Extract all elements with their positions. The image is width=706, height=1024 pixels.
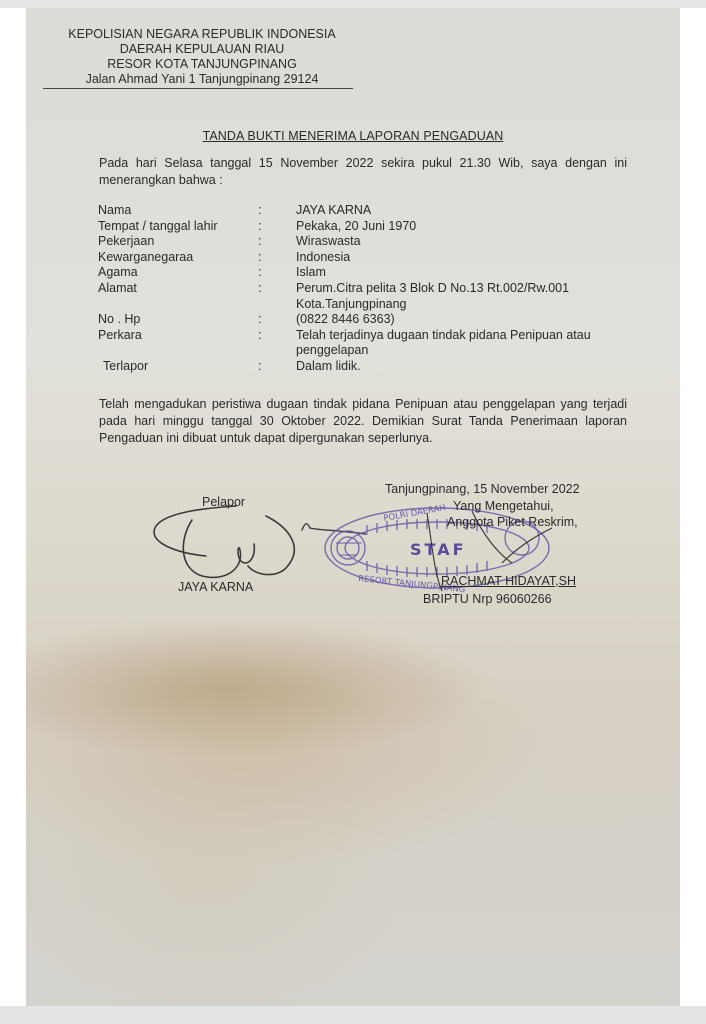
field-label: Nama: [98, 203, 258, 219]
letterhead: KEPOLISIAN NEGARA REPUBLIK INDONESIA DAE…: [52, 27, 352, 87]
document-title: TANDA BUKTI MENERIMA LAPORAN PENGADUAN: [26, 129, 680, 143]
known-by-label: Yang Mengetahui,: [453, 499, 554, 513]
field-tempat-tanggal-lahir: Tempat / tanggal lahir : Pekaka, 20 Juni…: [98, 219, 638, 235]
viewer-top-edge: [0, 0, 706, 8]
field-value: Indonesia: [296, 250, 638, 266]
field-value: Pekaka, 20 Juni 1970: [296, 219, 638, 235]
field-label: Agama: [98, 265, 258, 281]
letterhead-line-2: DAERAH KEPULAUAN RIAU: [52, 42, 352, 57]
place-date: Tanjungpinang, 15 November 2022: [385, 482, 580, 496]
field-nama: Nama : JAYA KARNA: [98, 203, 638, 219]
viewer-bottom-edge: [0, 1006, 706, 1024]
field-separator: :: [258, 312, 296, 328]
officer-role: Anggota Piket Reskrim,: [447, 515, 578, 529]
field-separator: :: [258, 234, 296, 250]
field-pekerjaan: Pekerjaan : Wiraswasta: [98, 234, 638, 250]
document-page: KEPOLISIAN NEGARA REPUBLIK INDONESIA DAE…: [26, 8, 680, 1006]
field-label: Terlapor: [98, 359, 258, 375]
officer-rank-nrp: BRIPTU Nrp 96060266: [423, 592, 552, 606]
field-label: Alamat: [98, 281, 258, 312]
field-separator: :: [258, 265, 296, 281]
stamp-center-text: STAF: [410, 540, 467, 559]
field-label: No . Hp: [98, 312, 258, 328]
closing-paragraph: Telah mengadukan peristiwa dugaan tindak…: [99, 396, 627, 447]
field-value: Wiraswasta: [296, 234, 638, 250]
letterhead-address: Jalan Ahmad Yani 1 Tanjungpinang 29124: [52, 72, 352, 87]
reporter-name: JAYA KARNA: [178, 580, 253, 594]
letterhead-line-3: RESOR KOTA TANJUNGPINANG: [52, 57, 352, 72]
field-alamat: Alamat : Perum.Citra pelita 3 Blok D No.…: [98, 281, 638, 312]
field-label: Kewarganegaraa: [98, 250, 258, 266]
intro-paragraph: Pada hari Selasa tanggal 15 November 202…: [99, 155, 627, 189]
letterhead-line-1: KEPOLISIAN NEGARA REPUBLIK INDONESIA: [52, 27, 352, 42]
field-perkara: Perkara : Telah terjadinya dugaan tindak…: [98, 328, 638, 359]
field-separator: :: [258, 203, 296, 219]
field-value: Islam: [296, 265, 638, 281]
field-value: Perum.Citra pelita 3 Blok D No.13 Rt.002…: [296, 281, 638, 312]
reporter-details: Nama : JAYA KARNA Tempat / tanggal lahir…: [98, 203, 638, 375]
field-kewarganegaraan: Kewarganegaraa : Indonesia: [98, 250, 638, 266]
field-terlapor: Terlapor : Dalam lidik.: [98, 359, 638, 375]
field-label: Pekerjaan: [98, 234, 258, 250]
field-no-hp: No . Hp : (0822 8446 6363): [98, 312, 638, 328]
field-value: Telah terjadinya dugaan tindak pidana Pe…: [296, 328, 638, 359]
field-value-line-2: penggelapan: [296, 343, 368, 357]
field-separator: :: [258, 281, 296, 312]
field-value-line-2: Kota.Tanjungpinang: [296, 297, 407, 311]
field-separator: :: [258, 328, 296, 359]
field-label: Tempat / tanggal lahir: [98, 219, 258, 235]
field-value-line-1: Telah terjadinya dugaan tindak pidana Pe…: [296, 328, 591, 342]
field-value: Dalam lidik.: [296, 359, 638, 375]
field-separator: :: [258, 359, 296, 375]
field-separator: :: [258, 250, 296, 266]
field-agama: Agama : Islam: [98, 265, 638, 281]
letterhead-divider: [43, 88, 353, 89]
field-label: Perkara: [98, 328, 258, 359]
field-separator: :: [258, 219, 296, 235]
field-value-line-1: Perum.Citra pelita 3 Blok D No.13 Rt.002…: [296, 281, 569, 295]
field-value: (0822 8446 6363): [296, 312, 638, 328]
field-value: JAYA KARNA: [296, 203, 638, 219]
officer-name: RACHMAT HIDAYAT,SH: [441, 574, 576, 588]
